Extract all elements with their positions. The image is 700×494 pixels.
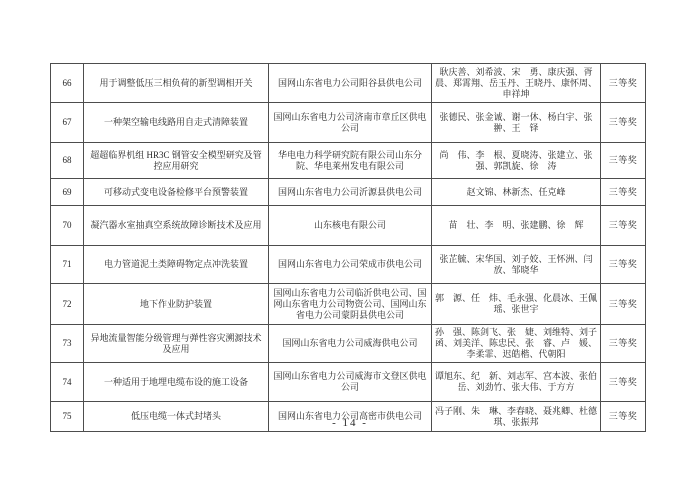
awardees-cell: 尚 伟、李 根、夏晓涛、张建立、张 强、郭凯旋、徐 涛 (432, 143, 601, 179)
table-row: 73异地流量智能分级管理与弹性容灾溯源技术及应用国网山东省电力公司威海供电公司孙… (51, 325, 646, 363)
document-page: 66用于调整低压三相负荷的新型调相开关国网山东省电力公司阳谷县供电公司耿庆善、刘… (0, 0, 700, 494)
organization-cell: 国网山东省电力公司沂源县供电公司 (269, 179, 432, 206)
organization-cell: 国网山东省电力公司济南市章丘区供电公司 (269, 103, 432, 143)
table-row: 70凝汽器水室抽真空系统故障诊断技术及应用山东核电有限公司苗 壮、李 明、张建鹏… (51, 206, 646, 246)
organization-cell: 国网山东省电力公司威海市文登区供电公司 (269, 363, 432, 402)
row-number-cell: 66 (51, 64, 84, 103)
table-row: 74一种适用于地埋电缆布设的施工设备国网山东省电力公司威海市文登区供电公司谭旭东… (51, 363, 646, 402)
awardees-cell: 苗 壮、李 明、张建鹏、徐 辉 (432, 206, 601, 246)
row-number-cell: 67 (51, 103, 84, 143)
organization-cell: 国网山东省电力公司临沂供电公司、国网山东省电力公司物资公司、国网山东省电力公司蒙… (269, 284, 432, 325)
awardees-cell: 耿庆善、刘希波、宋 勇、康庆强、胥 晨、郑霄翔、岳玉丹、王晓丹、康怀周、申祥坤 (432, 64, 601, 103)
project-name-cell: 一种适用于地埋电缆布设的施工设备 (84, 363, 269, 402)
row-number-cell: 73 (51, 325, 84, 363)
organization-cell: 国网山东省电力公司威海供电公司 (269, 325, 432, 363)
organization-cell: 国网山东省电力公司阳谷县供电公司 (269, 64, 432, 103)
awardees-cell: 谭旭东、纪 新、刘志军、宫本波、张伯岳、刘劲竹、张大伟、于方方 (432, 363, 601, 402)
project-name-cell: 可移动式变电设备检修平台预警装置 (84, 179, 269, 206)
award-level-cell: 三等奖 (601, 363, 646, 402)
row-number-cell: 74 (51, 363, 84, 402)
page-number: - 14 - (0, 417, 700, 429)
project-name-cell: 地下作业防护装置 (84, 284, 269, 325)
award-level-cell: 三等奖 (601, 179, 646, 206)
awardees-cell: 郭 源、任 炜、毛永强、化晨冰、王佩瑶、张世宇 (432, 284, 601, 325)
awardees-cell: 孙 强、陈剑飞、张 婕、刘维特、刘子函、刘美洋、陈忠民、张 睿、卢 媛、李柔霏、… (432, 325, 601, 363)
row-number-cell: 71 (51, 246, 84, 284)
project-name-cell: 异地流量智能分级管理与弹性容灾溯源技术及应用 (84, 325, 269, 363)
table-row: 67一种架空输电线路用自走式清障装置国网山东省电力公司济南市章丘区供电公司张德民… (51, 103, 646, 143)
table-row: 72地下作业防护装置国网山东省电力公司临沂供电公司、国网山东省电力公司物资公司、… (51, 284, 646, 325)
award-level-cell: 三等奖 (601, 246, 646, 284)
award-level-cell: 三等奖 (601, 103, 646, 143)
award-level-cell: 三等奖 (601, 143, 646, 179)
organization-cell: 华电电力科学研究院有限公司山东分院、华电莱州发电有限公司 (269, 143, 432, 179)
awards-table: 66用于调整低压三相负荷的新型调相开关国网山东省电力公司阳谷县供电公司耿庆善、刘… (50, 63, 646, 432)
awardees-cell: 赵文锦、林新杰、任克峰 (432, 179, 601, 206)
project-name-cell: 电力管道泥土类障碍物定点冲洗装置 (84, 246, 269, 284)
awardees-cell: 张德民、张金诚、谢一休、杨白宇、张 翀、王 铎 (432, 103, 601, 143)
organization-cell: 山东核电有限公司 (269, 206, 432, 246)
table-row: 68超超临界机组 HR3C 钢管安全模型研究及管控应用研究华电电力科学研究院有限… (51, 143, 646, 179)
organization-cell: 国网山东省电力公司荣成市供电公司 (269, 246, 432, 284)
award-level-cell: 三等奖 (601, 284, 646, 325)
award-level-cell: 三等奖 (601, 325, 646, 363)
table-row: 69可移动式变电设备检修平台预警装置国网山东省电力公司沂源县供电公司赵文锦、林新… (51, 179, 646, 206)
project-name-cell: 超超临界机组 HR3C 钢管安全模型研究及管控应用研究 (84, 143, 269, 179)
row-number-cell: 72 (51, 284, 84, 325)
project-name-cell: 凝汽器水室抽真空系统故障诊断技术及应用 (84, 206, 269, 246)
awardees-cell: 张芷毓、宋华国、刘子姣、王怀洲、闫放、邹晓华 (432, 246, 601, 284)
project-name-cell: 用于调整低压三相负荷的新型调相开关 (84, 64, 269, 103)
table-row: 66用于调整低压三相负荷的新型调相开关国网山东省电力公司阳谷县供电公司耿庆善、刘… (51, 64, 646, 103)
award-level-cell: 三等奖 (601, 64, 646, 103)
row-number-cell: 70 (51, 206, 84, 246)
table-row: 71电力管道泥土类障碍物定点冲洗装置国网山东省电力公司荣成市供电公司张芷毓、宋华… (51, 246, 646, 284)
project-name-cell: 一种架空输电线路用自走式清障装置 (84, 103, 269, 143)
row-number-cell: 68 (51, 143, 84, 179)
award-level-cell: 三等奖 (601, 206, 646, 246)
row-number-cell: 69 (51, 179, 84, 206)
